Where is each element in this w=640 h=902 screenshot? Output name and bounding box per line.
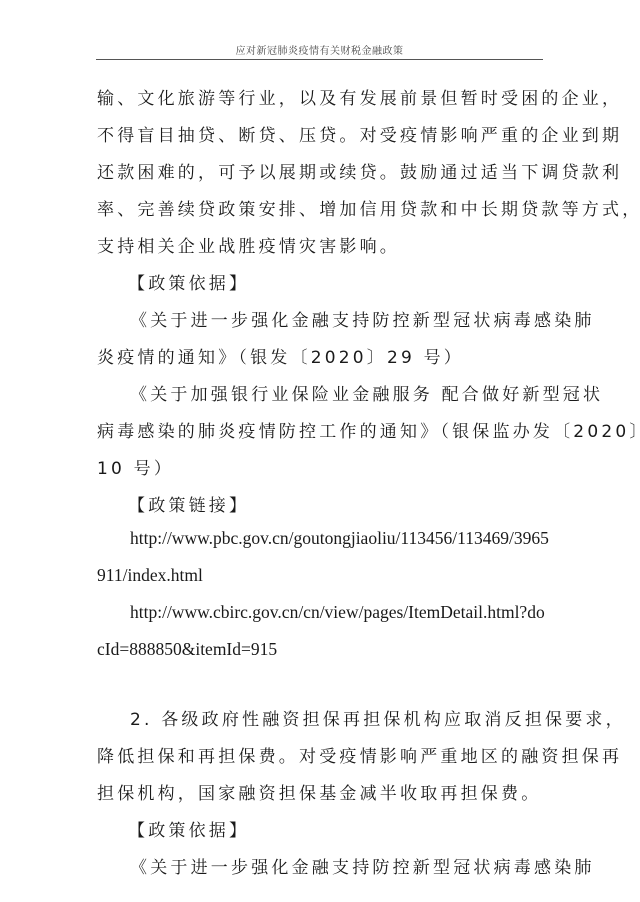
policy-doc-title: 《关于进一步强化金融支持防控新型冠状病毒感染肺	[130, 853, 595, 878]
policy-link[interactable]: 911/index.html	[97, 565, 203, 586]
policy-doc-title: 病毒感染的肺炎疫情防控工作的通知》（银保监办发〔2020〕	[97, 417, 640, 442]
paragraph-line: 还款困难的，可予以展期或续贷。鼓励通过适当下调贷款利	[97, 158, 622, 183]
document-page: 应对新冠肺炎疫情有关财税金融政策 输、文化旅游等行业，以及有发展前景但暂时受困的…	[0, 0, 640, 902]
section-label-policy-basis: 【政策依据】	[128, 816, 249, 841]
section-label-policy-links: 【政策链接】	[128, 491, 249, 516]
policy-link[interactable]: cId=888850&itemId=915	[97, 639, 277, 660]
paragraph-line: 输、文化旅游等行业，以及有发展前景但暂时受困的企业，	[97, 84, 622, 109]
section-label-policy-basis: 【政策依据】	[128, 269, 249, 294]
policy-doc-title: 《关于加强银行业保险业金融服务 配合做好新型冠状	[130, 380, 603, 405]
running-header: 应对新冠肺炎疫情有关财税金融政策	[96, 42, 543, 57]
policy-link[interactable]: http://www.cbirc.gov.cn/cn/view/pages/It…	[130, 602, 545, 623]
paragraph-line: 2. 各级政府性融资担保再担保机构应取消反担保要求，	[130, 705, 626, 730]
paragraph-line: 担保机构，国家融资担保基金减半收取再担保费。	[97, 779, 541, 804]
paragraph-line: 支持相关企业战胜疫情灾害影响。	[97, 232, 400, 257]
paragraph-line: 降低担保和再担保费。对受疫情影响严重地区的融资担保再	[97, 742, 622, 767]
paragraph-line: 不得盲目抽贷、断贷、压贷。对受疫情影响严重的企业到期	[97, 121, 622, 146]
policy-link[interactable]: http://www.pbc.gov.cn/goutongjiaoliu/113…	[130, 528, 549, 549]
paragraph-line: 率、完善续贷政策安排、增加信用贷款和中长期贷款等方式，	[97, 195, 640, 220]
policy-doc-title: 10 号）	[97, 454, 174, 479]
header-divider	[96, 59, 543, 60]
policy-doc-title: 炎疫情的通知》（银发〔2020〕29 号）	[97, 343, 464, 368]
policy-doc-title: 《关于进一步强化金融支持防控新型冠状病毒感染肺	[130, 306, 595, 331]
